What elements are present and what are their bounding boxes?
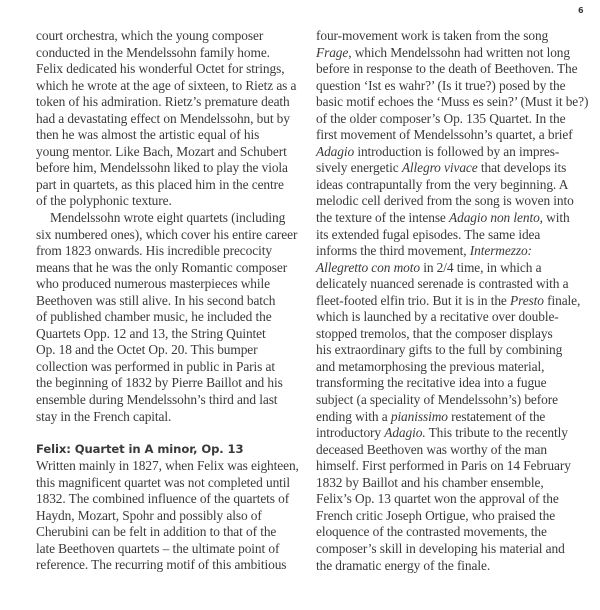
text-run: first movement of Mendelssohn’s quartet,… (316, 127, 573, 142)
italic-term: Intermezzo: (470, 243, 532, 258)
text-line: collection was performed in public in Pa… (36, 359, 304, 376)
text-line: informs the third movement, Intermezzo: (316, 243, 588, 260)
text-line: before him, Mendelssohn liked to play th… (36, 160, 304, 177)
text-run: This tribute to the recently (426, 425, 568, 440)
text-run: of the older composer’s Op. 135 Quartet.… (316, 111, 565, 126)
text-line: four-movement work is taken from the son… (316, 28, 588, 45)
text-line: sively energetic Allegro vivace that dev… (316, 160, 588, 177)
text-line: question ‘Ist es wahr?’ (Is it true?) po… (316, 78, 588, 95)
page-number: 6 (578, 6, 584, 15)
text-line: basic motif echoes the ‘Muss es sein?’ (… (316, 94, 588, 111)
text-run: himself. First performed in Paris on 14 … (316, 458, 571, 473)
text-run: before in response to the death of Beeth… (316, 61, 577, 76)
text-line: introductory Adagio. This tribute to the… (316, 425, 588, 442)
text-line: Written mainly in 1827, when Felix was e… (36, 458, 304, 475)
text-line: of published chamber music, he included … (36, 309, 304, 326)
text-run: fleet-footed elfin trio. But it is in th… (316, 293, 510, 308)
text-run: introduction is followed by an impres- (354, 144, 559, 159)
text-run: transforming the recitative idea into a … (316, 375, 547, 390)
text-line: before in response to the death of Beeth… (316, 61, 588, 78)
text-line: which he wrote at the age of sixteen, to… (36, 78, 304, 95)
text-line: 1832 by Baillot and his chamber ensemble… (316, 475, 588, 492)
text-line: ideas contrapuntally from the very begin… (316, 177, 588, 194)
text-line: who produced numerous masterpieces while (36, 276, 304, 293)
text-line: Quartets Opp. 12 and 13, the String Quin… (36, 326, 304, 343)
text-line: fleet-footed elfin trio. But it is in th… (316, 293, 588, 310)
text-line: court orchestra, which the young compose… (36, 28, 304, 45)
text-run: basic motif echoes the ‘Muss es sein?’ (… (316, 94, 588, 109)
text-line: Cherubini can be felt in addition to tha… (36, 524, 304, 541)
text-line: conducted in the Mendelssohn family home… (36, 45, 304, 62)
text-run: ideas contrapuntally from the very begin… (316, 177, 568, 192)
text-run: composer’s skill in developing his mater… (316, 541, 565, 556)
text-line: deceased Beethoven was worthy of the man (316, 442, 588, 459)
text-line: this magnificent quartet was not complet… (36, 475, 304, 492)
text-line: Op. 18 and the Octet Op. 20. This bumper (36, 342, 304, 359)
text-run: and metamorphosing the previous material… (316, 359, 544, 374)
text-run: with (543, 210, 570, 225)
section-heading: Felix: Quartet in A minor, Op. 13 (36, 441, 304, 458)
text-run: eloquence of the contrasted movements, t… (316, 524, 547, 539)
italic-term: Presto (510, 293, 544, 308)
italic-term: Adagio (316, 144, 354, 159)
text-run: French critic Joseph Ortigue, who praise… (316, 508, 555, 523)
text-run: his extraordinary gifts to the full by c… (316, 342, 562, 357)
text-run: which is launched by a recitative over d… (316, 309, 559, 324)
text-run: four-movement work is taken from the son… (316, 28, 548, 43)
text-run: stopped tremolos, that the composer disp… (316, 326, 553, 341)
text-line: eloquence of the contrasted movements, t… (316, 524, 588, 541)
italic-term: Adagio. (384, 425, 425, 440)
text-run: question ‘Ist es wahr?’ (Is it true?) po… (316, 78, 565, 93)
text-run: in 2/4 time, in which a (420, 260, 541, 275)
text-run: deceased Beethoven was worthy of the man (316, 442, 547, 457)
italic-term: Frage (316, 45, 348, 60)
text-line: its extended fugal episodes. The same id… (316, 227, 588, 244)
text-line: 1832. The combined influence of the quar… (36, 491, 304, 508)
text-line: Haydn, Mozart, Spohr and possibly also o… (36, 508, 304, 525)
text-run: restatement of the (448, 409, 545, 424)
text-line: stay in the French capital. (36, 409, 304, 426)
text-run: its extended fugal episodes. The same id… (316, 227, 540, 242)
text-line: the dramatic energy of the finale. (316, 558, 588, 575)
text-line: French critic Joseph Ortigue, who praise… (316, 508, 588, 525)
text-line: from 1823 onwards. His incredible precoc… (36, 243, 304, 260)
text-line: Mendelssohn wrote eight quartets (includ… (36, 210, 304, 227)
paragraph-1: court orchestra, which the young compose… (36, 28, 304, 210)
text-line: and metamorphosing the previous material… (316, 359, 588, 376)
text-run: ending with a (316, 409, 391, 424)
text-line: subject (a speciality of Mendelssohn’s) … (316, 392, 588, 409)
text-line: Felix dedicated his wonderful Octet for … (36, 61, 304, 78)
text-line: composer’s skill in developing his mater… (316, 541, 588, 558)
text-line: six numbered ones), which cover his enti… (36, 227, 304, 244)
italic-term: pianissimo (391, 409, 448, 424)
text-line: Felix’s Op. 13 quartet won the approval … (316, 491, 588, 508)
text-line: then he was almost the artistic equal of… (36, 127, 304, 144)
left-column: court orchestra, which the young compose… (36, 28, 304, 574)
text-run: introductory (316, 425, 384, 440)
text-run: the dramatic energy of the finale. (316, 558, 490, 573)
italic-term: Allegro vivace (402, 160, 478, 175)
text-line: part in quartets, as this placed him in … (36, 177, 304, 194)
text-line: stopped tremolos, that the composer disp… (316, 326, 588, 343)
text-run: 1832 by Baillot and his chamber ensemble… (316, 475, 544, 490)
text-line: ending with a pianissimo restatement of … (316, 409, 588, 426)
right-column: four-movement work is taken from the son… (316, 28, 588, 574)
text-line: transforming the recitative idea into a … (316, 375, 588, 392)
text-line: melodic cell derived from the song is wo… (316, 193, 588, 210)
italic-term: Adagio non lento, (449, 210, 543, 225)
paragraph-4: four-movement work is taken from the son… (316, 28, 588, 574)
text-line: means that he was the only Romantic comp… (36, 260, 304, 277)
text-run: the texture of the intense (316, 210, 449, 225)
text-line: ensemble during Mendelssohn’s third and … (36, 392, 304, 409)
text-line: Frage, which Mendelssohn had written not… (316, 45, 588, 62)
text-line: had a devastating effect on Mendelssohn,… (36, 111, 304, 128)
text-line: of the older composer’s Op. 135 Quartet.… (316, 111, 588, 128)
italic-term: Allegretto con moto (316, 260, 420, 275)
text-run: sively energetic (316, 160, 402, 175)
text-line: which is launched by a recitative over d… (316, 309, 588, 326)
text-line: first movement of Mendelssohn’s quartet,… (316, 127, 588, 144)
text-run: Felix’s Op. 13 quartet won the approval … (316, 491, 559, 506)
text-run: informs the third movement, (316, 243, 470, 258)
text-run: that develops its (478, 160, 567, 175)
text-line: reference. The recurring motif of this a… (36, 557, 304, 574)
text-run: delicately nuanced serenade is contraste… (316, 276, 569, 291)
text-line: his extraordinary gifts to the full by c… (316, 342, 588, 359)
text-line: Allegretto con moto in 2/4 time, in whic… (316, 260, 588, 277)
text-line: the texture of the intense Adagio non le… (316, 210, 588, 227)
paragraph-3: Written mainly in 1827, when Felix was e… (36, 458, 304, 574)
text-line: token of his admiration. Rietz’s prematu… (36, 94, 304, 111)
text-run: , which Mendelssohn had written not long (348, 45, 570, 60)
text-line: the beginning of 1832 by Pierre Baillot … (36, 375, 304, 392)
text-run: finale, (544, 293, 580, 308)
paragraph-2: Mendelssohn wrote eight quartets (includ… (36, 210, 304, 425)
text-run: melodic cell derived from the song is wo… (316, 193, 574, 208)
text-line: himself. First performed in Paris on 14 … (316, 458, 588, 475)
text-line: late Beethoven quartets – the ultimate p… (36, 541, 304, 558)
text-line: young mentor. Like Bach, Mozart and Schu… (36, 144, 304, 161)
text-line: delicately nuanced serenade is contraste… (316, 276, 588, 293)
text-run: subject (a speciality of Mendelssohn’s) … (316, 392, 558, 407)
text-line: of the polyphonic texture. (36, 193, 304, 210)
text-line: Adagio introduction is followed by an im… (316, 144, 588, 161)
text-line: Beethoven was still alive. In his second… (36, 293, 304, 310)
